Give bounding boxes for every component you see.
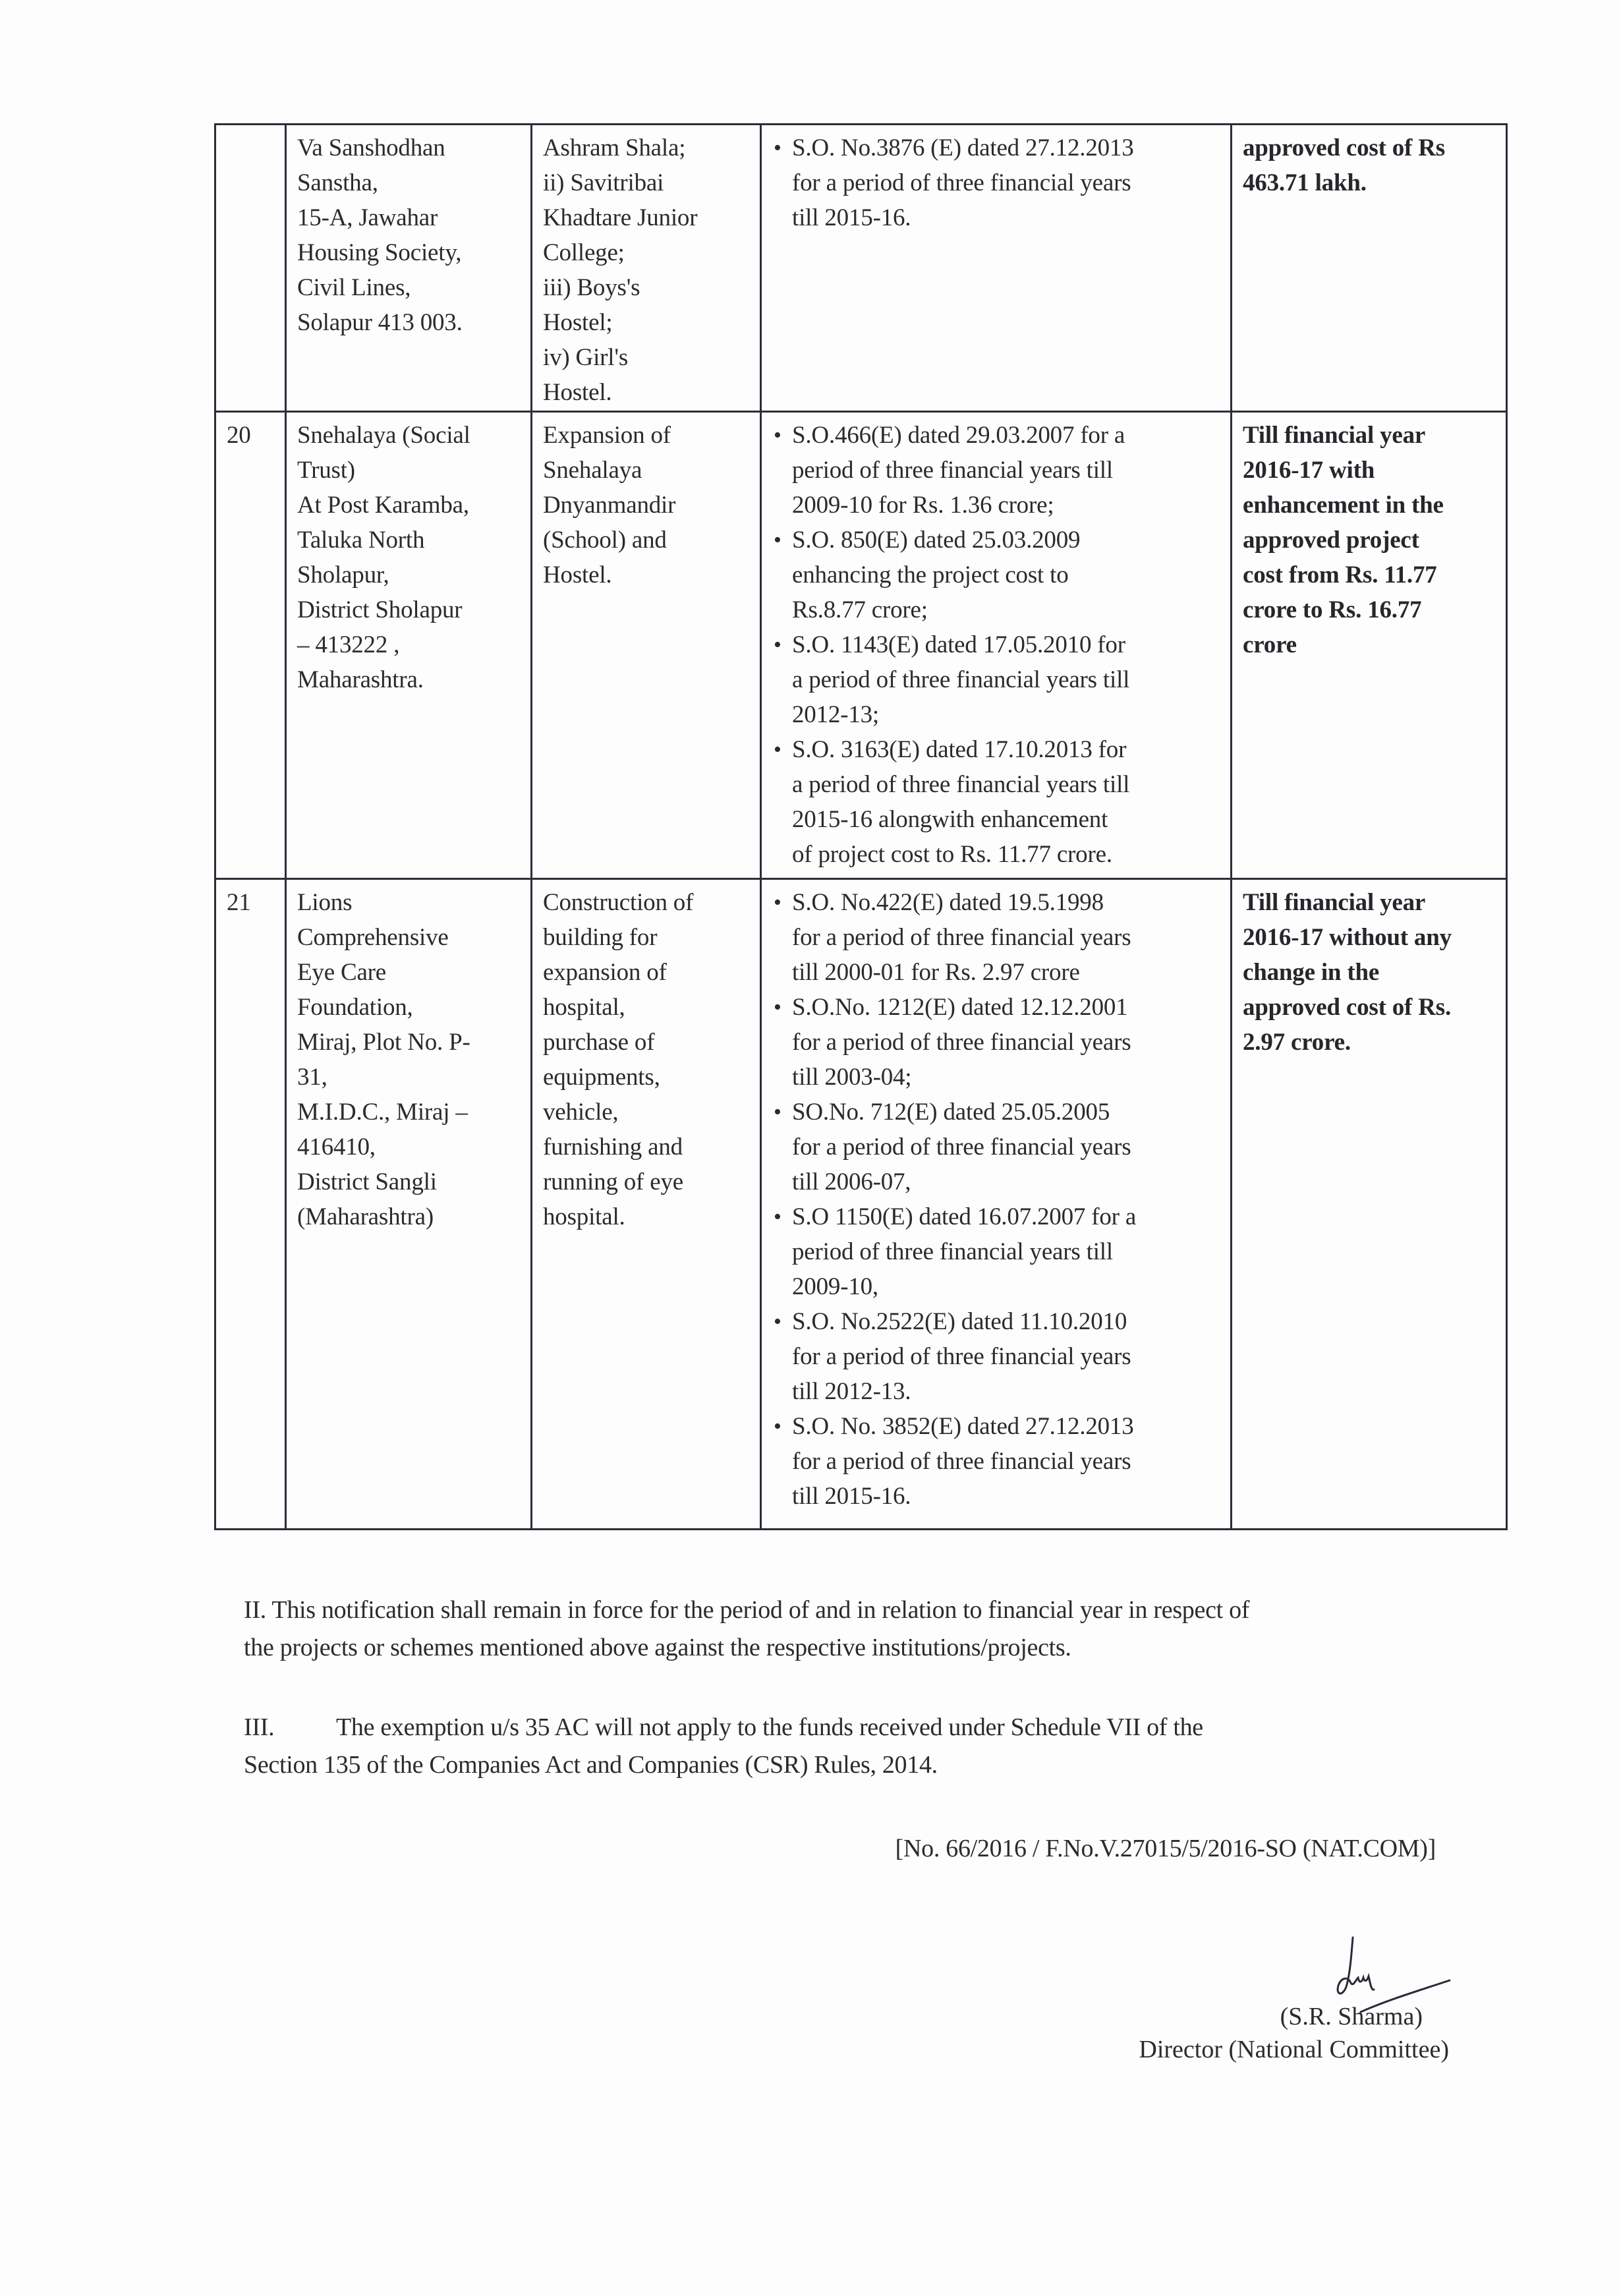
notification-item: SO.No. 712(E) dated 25.05.2005for a peri… (772, 1095, 1220, 1199)
notification-list: S.O.466(E) dated 29.03.2007 for aperiod … (772, 418, 1220, 872)
paragraph-ii: II. This notification shall remain in fo… (244, 1592, 1483, 1667)
notification-page: Va SanshodhanSanstha,15-A, JawaharHousin… (0, 0, 1619, 2296)
notification-item-line: SO.No. 712(E) dated 25.05.2005 (792, 1095, 1220, 1130)
notification-item-line: 2009-10, (792, 1269, 1220, 1304)
notification-item-line: Rs.8.77 crore; (792, 592, 1220, 627)
project-cell: Construction ofbuilding forexpansion ofh… (532, 879, 761, 1530)
notification-history-cell: S.O. No.3876 (E) dated 27.12.2013for a p… (761, 125, 1232, 412)
institution-cell-line: Eye Care (297, 955, 520, 990)
institution-cell-line: Solapur 413 003. (297, 305, 520, 340)
project-cell-line: hospital. (543, 1199, 749, 1234)
institution-cell-line: Foundation, (297, 990, 520, 1025)
notification-item-line: a period of three financial years till (792, 662, 1220, 697)
notification-item-line: till 2003-04; (792, 1060, 1220, 1095)
paragraph-iii-line: The exemption u/s 35 AC will not apply t… (336, 1713, 1203, 1741)
project-cell-line: iv) Girl's (543, 340, 749, 375)
institution-cell: Snehalaya (SocialTrust)At Post Karamba,T… (286, 412, 532, 879)
project-cell-line: iii) Boys's (543, 270, 749, 305)
paragraph-ii-line: the projects or schemes mentioned above … (244, 1629, 1483, 1667)
exemption-status-cell: Till financial year2016-17 without anych… (1232, 879, 1507, 1530)
project-cell-line: running of eye (543, 1164, 749, 1199)
notification-history-cell: S.O. No.422(E) dated 19.5.1998for a peri… (761, 879, 1232, 1530)
institution-cell-line: District Sholapur (297, 592, 520, 627)
institutions-schedule-table: Va SanshodhanSanstha,15-A, JawaharHousin… (214, 123, 1508, 1530)
project-cell-line: Hostel. (543, 558, 749, 592)
notification-item-line: 2015-16 alongwith enhancement (792, 802, 1220, 837)
project-cell-line: purchase of (543, 1025, 749, 1060)
project-cell-line: Dnyanmandir (543, 488, 749, 523)
exemption-status-cell-line: approved project (1243, 523, 1495, 558)
signatory-name: (S.R. Sharma) (1280, 2002, 1423, 2031)
serial-number-cell: 21 (215, 879, 286, 1530)
notification-history-cell: S.O.466(E) dated 29.03.2007 for aperiod … (761, 412, 1232, 879)
notification-item: S.O. No.422(E) dated 19.5.1998for a peri… (772, 885, 1220, 990)
institution-cell-line: Comprehensive (297, 920, 520, 955)
institution-cell-line: 31, (297, 1060, 520, 1095)
notification-item-line: for a period of three financial years (792, 1444, 1220, 1479)
exemption-status-cell-line: crore to Rs. 16.77 (1243, 592, 1495, 627)
notification-reference-number: [No. 66/2016 / F.No.V.27015/5/2016-SO (N… (895, 1834, 1436, 1863)
notification-list: S.O. No.3876 (E) dated 27.12.2013for a p… (772, 130, 1220, 235)
institution-cell-line: Trust) (297, 453, 520, 488)
notification-item-line: S.O.No. 1212(E) dated 12.12.2001 (792, 990, 1220, 1025)
notification-item-line: till 2015-16. (792, 200, 1220, 235)
institution-cell-line: Taluka North (297, 523, 520, 558)
notification-item-line: till 2000-01 for Rs. 2.97 crore (792, 955, 1220, 990)
project-cell-line: Khadtare Junior (543, 200, 749, 235)
institution-cell-line: Civil Lines, (297, 270, 520, 305)
exemption-status-cell-line: 2016-17 with (1243, 453, 1495, 488)
serial-number-cell: 20 (215, 412, 286, 879)
exemption-status-cell-line: crore (1243, 627, 1495, 662)
notification-item: S.O 1150(E) dated 16.07.2007 for aperiod… (772, 1199, 1220, 1304)
institution-cell-line: – 413222 , (297, 627, 520, 662)
project-cell-line: Snehalaya (543, 453, 749, 488)
institution-cell-line: 416410, (297, 1130, 520, 1164)
exemption-status-cell-line: enhancement in the (1243, 488, 1495, 523)
project-cell-line: Construction of (543, 885, 749, 920)
project-cell: Ashram Shala;ii) SavitribaiKhadtare Juni… (532, 125, 761, 412)
institution-cell-line: At Post Karamba, (297, 488, 520, 523)
institution-cell-line: (Maharashtra) (297, 1199, 520, 1234)
project-cell-line: hospital, (543, 990, 749, 1025)
notification-item-line: 2009-10 for Rs. 1.36 crore; (792, 488, 1220, 523)
institution-cell-line: Maharashtra. (297, 662, 520, 697)
exemption-status-cell: approved cost of Rs463.71 lakh. (1232, 125, 1507, 412)
notification-item-line: 2012-13; (792, 697, 1220, 732)
notification-item: S.O. 850(E) dated 25.03.2009enhancing th… (772, 523, 1220, 627)
project-cell-line: vehicle, (543, 1095, 749, 1130)
project-cell-line: Hostel; (543, 305, 749, 340)
exemption-status-cell-line: 2.97 crore. (1243, 1025, 1495, 1060)
notification-item-line: S.O. No.2522(E) dated 11.10.2010 (792, 1304, 1220, 1339)
notification-item-line: for a period of three financial years (792, 920, 1220, 955)
serial-number-cell (215, 125, 286, 412)
institution-cell-line: Snehalaya (Social (297, 418, 520, 453)
project-cell-line: furnishing and (543, 1130, 749, 1164)
institution-cell-line: Va Sanshodhan (297, 130, 520, 165)
notification-item-line: S.O.466(E) dated 29.03.2007 for a (792, 418, 1220, 453)
exemption-status-cell-line: change in the (1243, 955, 1495, 990)
notification-item-line: S.O. No.422(E) dated 19.5.1998 (792, 885, 1220, 920)
notification-item-line: for a period of three financial years (792, 1130, 1220, 1164)
notification-item-line: S.O. 850(E) dated 25.03.2009 (792, 523, 1220, 558)
project-cell-line: (School) and (543, 523, 749, 558)
notification-item: S.O. 3163(E) dated 17.10.2013 fora perio… (772, 732, 1220, 872)
notification-item-line: till 2012-13. (792, 1374, 1220, 1409)
institution-cell-line: Housing Society, (297, 235, 520, 270)
institution-cell: Va SanshodhanSanstha,15-A, JawaharHousin… (286, 125, 532, 412)
notification-item-line: till 2015-16. (792, 1479, 1220, 1514)
notification-item: S.O. 1143(E) dated 17.05.2010 fora perio… (772, 627, 1220, 732)
project-cell: Expansion ofSnehalayaDnyanmandir(School)… (532, 412, 761, 879)
notification-item-line: enhancing the project cost to (792, 558, 1220, 592)
exemption-status-cell: Till financial year2016-17 withenhanceme… (1232, 412, 1507, 879)
notification-item-line: S.O. 1143(E) dated 17.05.2010 for (792, 627, 1220, 662)
paragraph-iii-number: III. (244, 1709, 336, 1746)
notification-item-line: period of three financial years till (792, 453, 1220, 488)
notification-item-line: S.O 1150(E) dated 16.07.2007 for a (792, 1199, 1220, 1234)
signatory-title: Director (National Committee) (1139, 2035, 1449, 2064)
project-cell-line: College; (543, 235, 749, 270)
project-cell-line: building for (543, 920, 749, 955)
notification-item-line: S.O. No.3876 (E) dated 27.12.2013 (792, 130, 1220, 165)
notification-item: S.O.No. 1212(E) dated 12.12.2001for a pe… (772, 990, 1220, 1095)
notification-item: S.O. No. 3852(E) dated 27.12.2013for a p… (772, 1409, 1220, 1514)
notification-item-line: S.O. 3163(E) dated 17.10.2013 for (792, 732, 1220, 767)
institution-cell-line: District Sangli (297, 1164, 520, 1199)
notification-item-line: for a period of three financial years (792, 1339, 1220, 1374)
project-cell-line: expansion of (543, 955, 749, 990)
exemption-status-cell-line: Till financial year (1243, 418, 1495, 453)
notification-item-line: a period of three financial years till (792, 767, 1220, 802)
project-cell-line: equipments, (543, 1060, 749, 1095)
exemption-status-cell-line: Till financial year (1243, 885, 1495, 920)
institution-cell-line: Sholapur, (297, 558, 520, 592)
table-body: Va SanshodhanSanstha,15-A, JawaharHousin… (215, 125, 1507, 1530)
project-cell-line: ii) Savitribai (543, 165, 749, 200)
institution-cell-line: 15-A, Jawahar (297, 200, 520, 235)
exemption-status-cell-line: 463.71 lakh. (1243, 165, 1495, 200)
exemption-status-cell-line: approved cost of Rs (1243, 130, 1495, 165)
notification-list: S.O. No.422(E) dated 19.5.1998for a peri… (772, 885, 1220, 1514)
exemption-status-cell-line: 2016-17 without any (1243, 920, 1495, 955)
institution-cell-line: Sanstha, (297, 165, 520, 200)
exemption-status-cell-line: approved cost of Rs. (1243, 990, 1495, 1025)
exemption-status-cell-line: cost from Rs. 11.77 (1243, 558, 1495, 592)
project-cell-line: Hostel. (543, 375, 749, 410)
institution-cell: LionsComprehensiveEye CareFoundation,Mir… (286, 879, 532, 1530)
notification-item-line: S.O. No. 3852(E) dated 27.12.2013 (792, 1409, 1220, 1444)
institution-cell-line: Lions (297, 885, 520, 920)
notification-item: S.O. No.2522(E) dated 11.10.2010for a pe… (772, 1304, 1220, 1409)
notification-item-line: period of three financial years till (792, 1234, 1220, 1269)
project-cell-line: Ashram Shala; (543, 130, 749, 165)
table-row: 20Snehalaya (SocialTrust)At Post Karamba… (215, 412, 1507, 879)
notification-item: S.O.466(E) dated 29.03.2007 for aperiod … (772, 418, 1220, 523)
signature-icon (1321, 1934, 1453, 2013)
notification-item-line: for a period of three financial years (792, 165, 1220, 200)
project-cell-line: Expansion of (543, 418, 749, 453)
notification-item-line: till 2006-07, (792, 1164, 1220, 1199)
table-row: Va SanshodhanSanstha,15-A, JawaharHousin… (215, 125, 1507, 412)
table-row: 21LionsComprehensiveEye CareFoundation,M… (215, 879, 1507, 1530)
notification-item-line: of project cost to Rs. 11.77 crore. (792, 837, 1220, 872)
notification-item: S.O. No.3876 (E) dated 27.12.2013for a p… (772, 130, 1220, 235)
institution-cell-line: M.I.D.C., Miraj – (297, 1095, 520, 1130)
paragraph-ii-line: II. This notification shall remain in fo… (244, 1592, 1483, 1629)
notification-item-line: for a period of three financial years (792, 1025, 1220, 1060)
paragraph-iii-line: Section 135 of the Companies Act and Com… (244, 1746, 1483, 1784)
paragraph-iii: III.The exemption u/s 35 AC will not app… (244, 1709, 1483, 1784)
institution-cell-line: Miraj, Plot No. P- (297, 1025, 520, 1060)
